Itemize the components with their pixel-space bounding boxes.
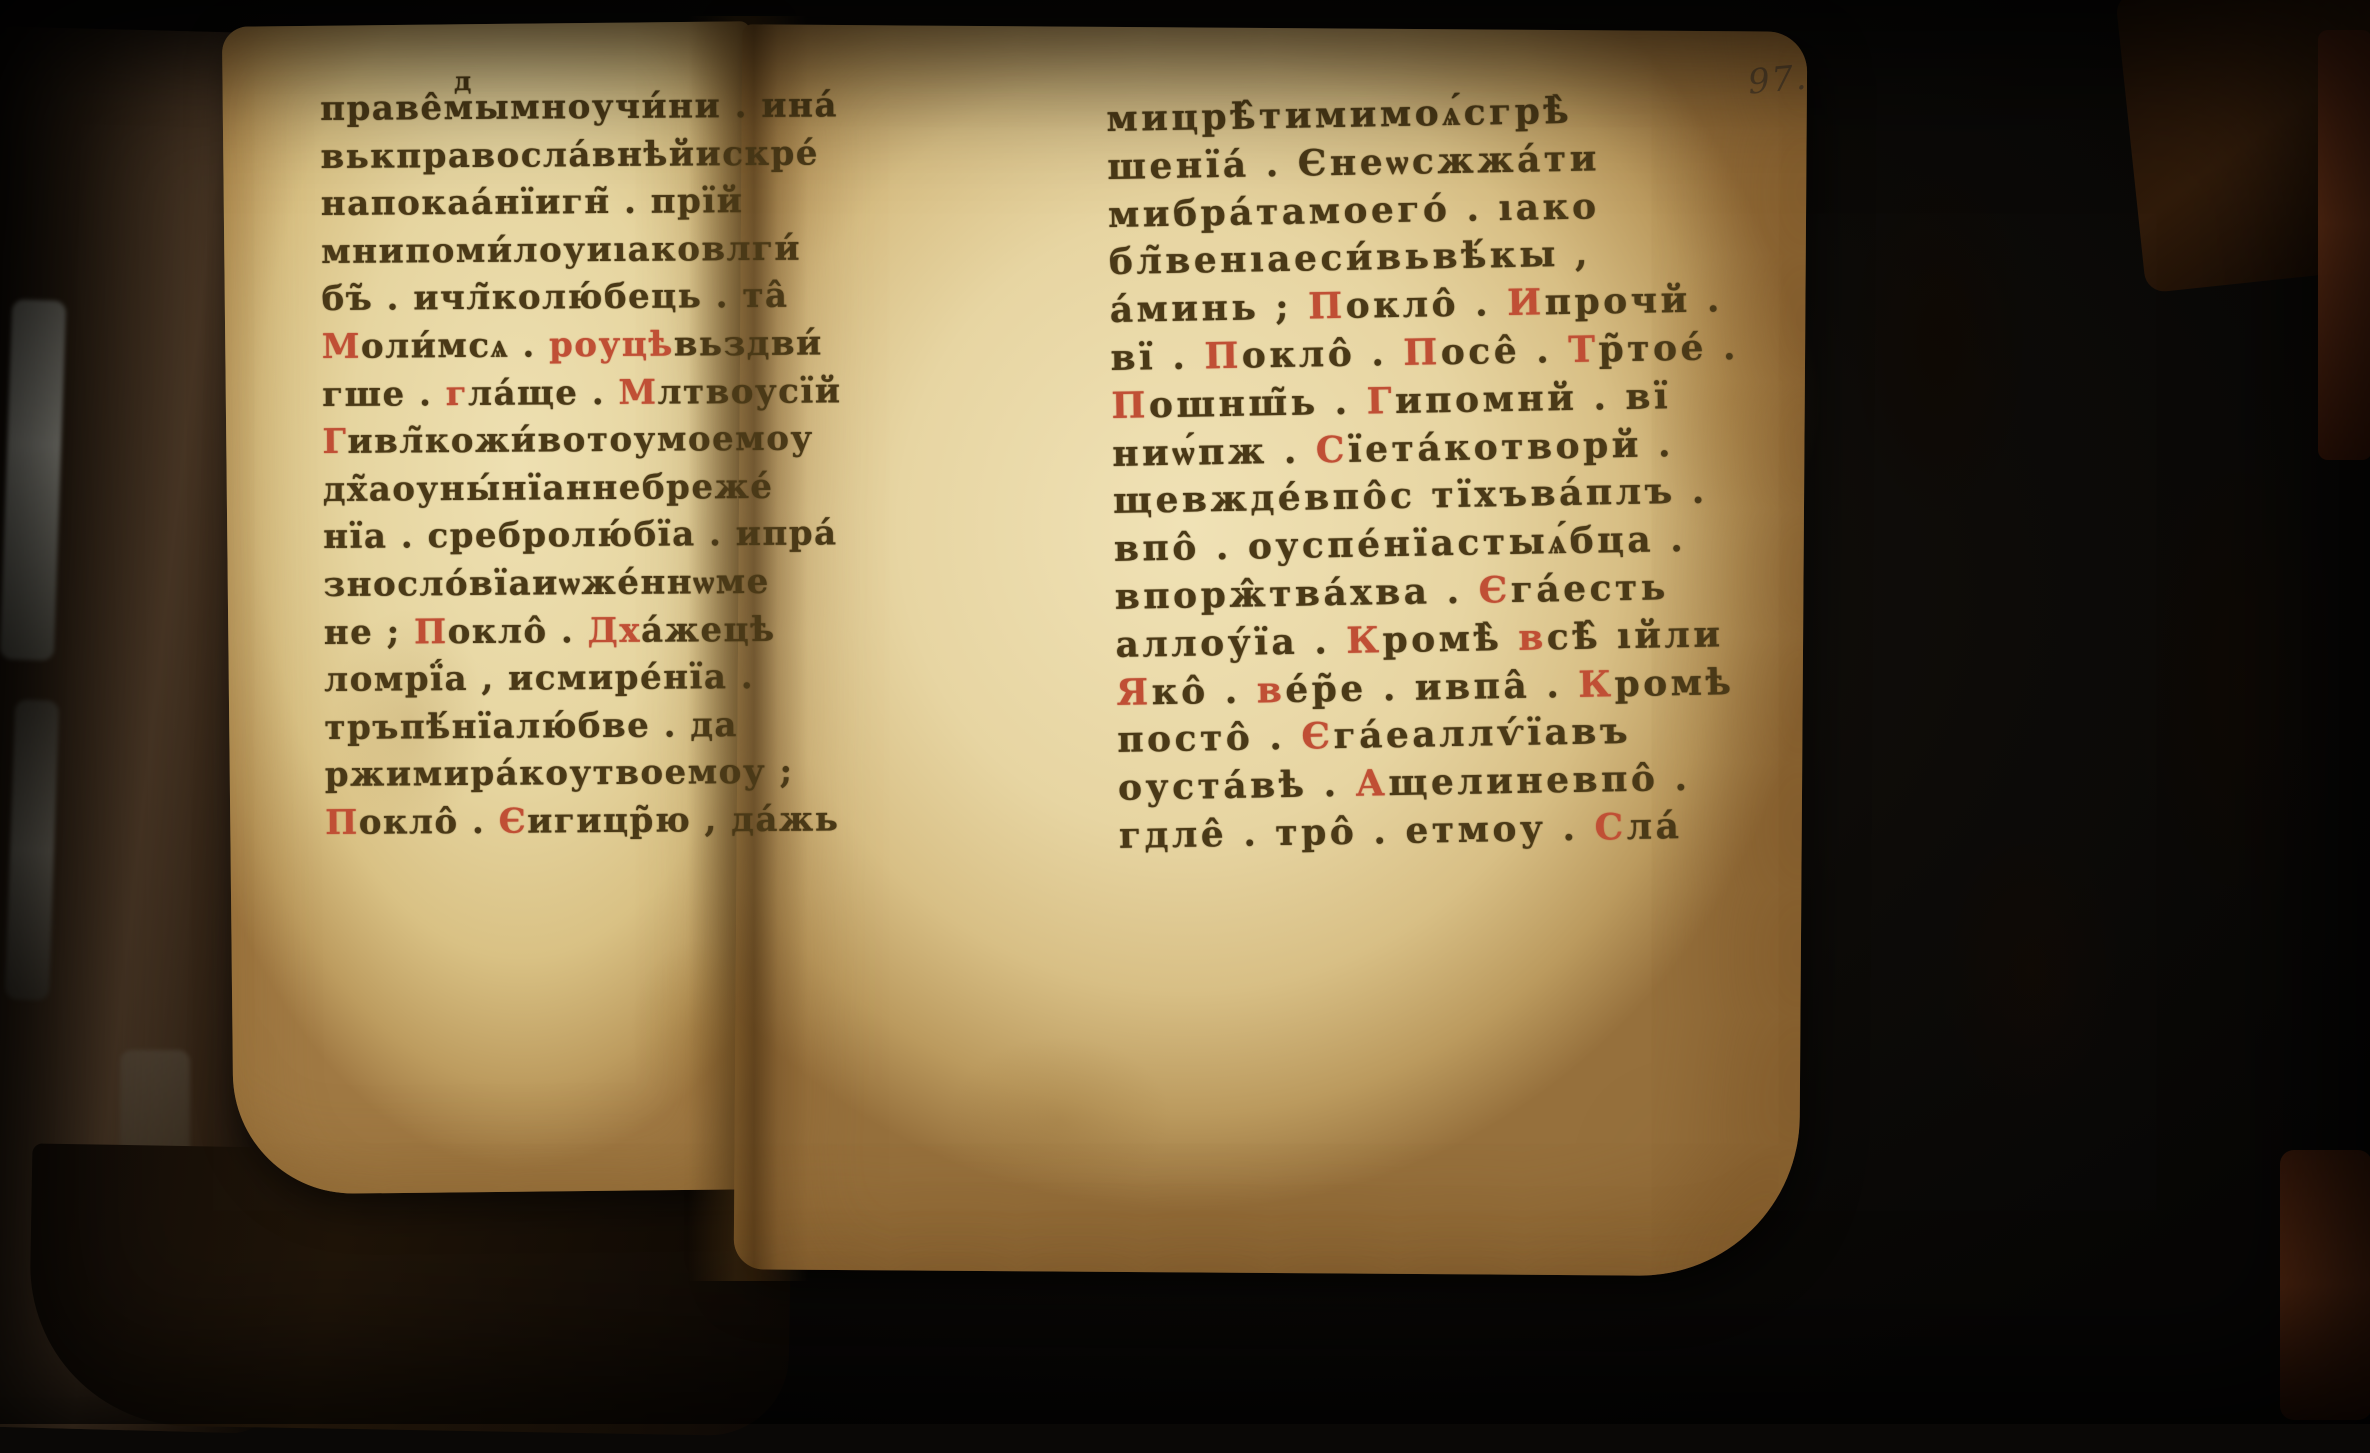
rubric-text-segment: П [1204, 335, 1242, 378]
ink-text-segment: вьздви́ [674, 323, 823, 364]
rubric-text-segment: в [1518, 616, 1547, 658]
ink-text-segment: сѣ̂ ıйли [1546, 613, 1723, 658]
rubric-text-segment: П [325, 803, 359, 843]
manuscript-line: бъ̃ . ичл̃колю́бець . та̂ [321, 273, 841, 324]
page-number: 97. [1746, 57, 1809, 102]
rubric-text-segment: М [618, 372, 657, 412]
ink-text-segment: ïета́котворй . [1348, 423, 1675, 471]
rubric-text-segment: Т [1568, 328, 1599, 371]
ink-text-segment: ла́ [1626, 805, 1682, 848]
photo-background: д праве̂мымноучи́ни . ина́вькправосла́вн… [0, 0, 2370, 1424]
manuscript-line: Моли́мсѧ . роуцѣвьздви́ [322, 320, 842, 371]
ink-text-segment: оуста́вѣ . [1118, 763, 1356, 809]
ink-text-segment: зносло́вïаиѡже́ннѡме [323, 562, 770, 605]
rubric-text-segment: П [1111, 384, 1149, 427]
rubric-text-segment: С [1315, 428, 1348, 471]
ink-text-segment: ла́ще . [468, 372, 619, 413]
ink-text-segment: вькправосла́внѣйискре́ [320, 133, 819, 176]
ink-text-segment: бл̃венıаеси́вьвѣ́кы , [1109, 233, 1592, 283]
rubric-text-segment: П [1403, 331, 1441, 374]
manuscript-line: Гивл̃кожи́вотоумоемоу [322, 416, 842, 467]
rubric-text-segment: роуцѣ [549, 325, 674, 366]
ink-text-segment: окло̂ . [359, 802, 499, 843]
ink-text-segment: ржимира́коутвоемоу ; [325, 752, 794, 795]
manuscript-line: мнипоми́лоуиıаковлги́ [321, 225, 841, 276]
rubric-text-segment: П [1308, 285, 1346, 328]
ink-text-segment: ипомнй . вï [1395, 375, 1672, 422]
superscript-letter: д [454, 59, 473, 107]
ink-text-segment: а́минь ; [1109, 286, 1308, 331]
manuscript-line: вькправосла́внѣйискре́ [320, 130, 840, 181]
rubric-text-segment: С [1594, 806, 1627, 849]
ink-text-segment: нïа . сребролю́бïа . ипра́ [323, 514, 838, 558]
rubric-text-segment: И [1507, 282, 1545, 325]
rubric-text-segment: К [1346, 619, 1383, 662]
ink-text-segment: игицр̃ю , да́жь [527, 799, 839, 841]
rubric-text-segment: П [414, 612, 448, 652]
ink-text-segment: осе̂ . [1440, 329, 1568, 373]
ink-text-segment: напокаа́нïигн̃ . прïй [321, 181, 744, 224]
rubric-text-segment: Г [1366, 380, 1395, 422]
manuscript-line: гше . гла́ще . Млтвоусïй [322, 368, 842, 419]
ink-text-segment: впорж̂тва́хва . [1114, 570, 1479, 618]
ink-text-segment: окло̂ . [448, 611, 588, 652]
ink-text-segment: ко̂ . [1151, 669, 1257, 713]
ink-text-segment: вï . [1110, 335, 1205, 379]
ink-text-segment: праве̂мымноучи́ни . ина́ [320, 85, 838, 129]
ink-text-segment: щелиневпо̂ . [1388, 757, 1691, 804]
ink-text-segment: прочй . [1544, 278, 1723, 323]
fore-edge-stain [1810, 80, 2070, 600]
ink-text-segment: посто̂ . [1117, 716, 1302, 761]
manuscript-line: дх̃аоуны́нïаннебреже́ [323, 463, 843, 514]
ink-text-segment: впо̂ . оуспе́нïастыѧ́бца . [1114, 518, 1687, 570]
manuscript-line: зносло́вïаиѡже́ннѡме [323, 558, 843, 609]
ink-text-segment: не ; [324, 612, 415, 653]
manuscript-line: ломрḯа , исмире́нïа . [324, 653, 844, 704]
ink-text-segment: е́р̃е . ивпа̂ . [1285, 663, 1579, 710]
ink-text-segment: ошнш̃ь . [1149, 380, 1367, 426]
ink-text-segment: лтвоусïй [657, 371, 841, 412]
ink-text-segment: гдле̂ . тро̂ . етмоу . [1119, 807, 1595, 857]
rubric-text-segment: Г [322, 422, 347, 462]
ink-text-segment: бъ̃ . ичл̃колю́бець . та̂ [321, 276, 788, 319]
ink-text-segment: мибра́тамоего́ . ıако [1108, 185, 1600, 236]
manuscript-line: Покло̂ . Єигицр̃ю , да́жь [325, 796, 845, 847]
rubric-text-segment: М [322, 327, 361, 367]
ink-text-segment: гше . [322, 374, 446, 415]
ink-text-segment: ломрḯа , исмире́нïа . [324, 657, 754, 700]
ink-text-segment: окло̂ . [1241, 332, 1403, 377]
ink-text-segment: оли́мсѧ . [361, 325, 549, 366]
rubric-text-segment: в [1256, 669, 1285, 711]
manuscript-line: не ; Покло̂ . Дха́жецѣ [324, 606, 844, 657]
manuscript-line: нïа . сребролю́бïа . ипра́ [323, 511, 843, 562]
ink-text-segment: шенïа́ . Єнеѡсжжа́ти [1107, 137, 1600, 188]
ink-text-segment: окло̂ . [1345, 282, 1507, 327]
ink-text-segment: ниѡ́пж . [1112, 429, 1316, 475]
ink-text-segment: а́жецѣ [641, 609, 776, 650]
ink-text-segment: ивл̃кожи́вотоумоемоу [347, 419, 814, 462]
ink-text-segment: га́есть [1510, 566, 1669, 611]
ink-text-segment: мнипоми́лоуиıаковлги́ [321, 228, 801, 271]
cover-rust-edge [2318, 30, 2370, 460]
ink-text-segment: дх̃аоуны́нïаннебреже́ [323, 467, 774, 510]
rubric-text-segment: Є [1301, 715, 1334, 758]
ink-text-segment: щевжде́впо̂с тïхъва́плъ . [1113, 470, 1708, 522]
left-page-text: д праве̂мымноучи́ни . ина́вькправосла́вн… [320, 82, 845, 847]
rubric-text-segment: К [1578, 663, 1615, 706]
rubric-text-segment: Є [499, 801, 528, 841]
rubric-text-segment: Дх [587, 610, 641, 650]
rubric-text-segment: Я [1116, 671, 1152, 714]
ink-text-segment: ромѣ [1614, 661, 1734, 705]
ink-text-segment: тръпѣ́нïалю́бве . да [324, 705, 738, 748]
ink-text-segment: ромѣ̀ [1382, 617, 1519, 661]
manuscript-line: праве̂мымноучи́ни . ина́ [320, 82, 840, 133]
ink-text-segment: га́еаллѵ́ïавъ [1333, 710, 1631, 757]
rubric-text-segment: А [1355, 762, 1389, 805]
rubric-text-segment: г [446, 374, 469, 414]
ink-text-segment: мицрѣ̂тимимоѧ́сгрѣ̀ [1106, 90, 1572, 140]
manuscript-line: напокаа́нïигн̃ . прïй [321, 178, 841, 229]
ink-text-segment: аллоу́ïа . [1115, 620, 1346, 666]
rubric-text-segment: Є [1478, 569, 1511, 612]
manuscript-line: ржимира́коутвоемоу ; [325, 749, 845, 800]
right-page-text: мицрѣ̂тимимоѧ́сгрѣ̀шенïа́ . Єнеѡсжжа́тим… [1106, 85, 1748, 861]
manuscript-line: тръпѣ́нïалю́бве . да [324, 701, 844, 752]
ink-text-segment: р̃тое́ . [1598, 326, 1739, 370]
